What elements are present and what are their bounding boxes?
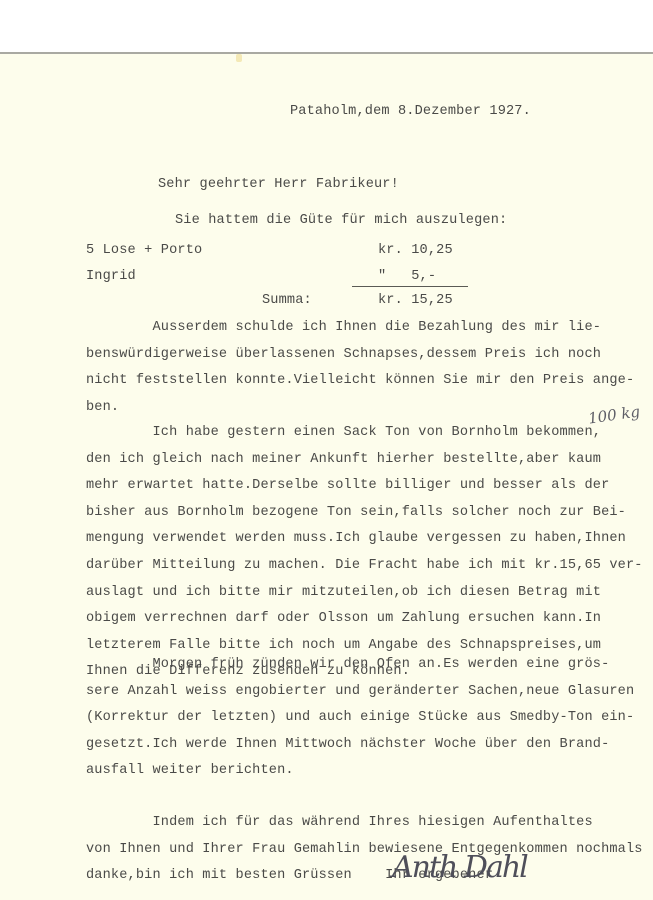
text-line: Morgen früh zünden wir den Ofen an.Es we… [86, 657, 609, 673]
ledger-label: 5 Lose + Porto [86, 243, 202, 259]
text-line: obigem verrechnen darf oder Olsson um Za… [86, 611, 601, 627]
signature: Anth Dahl [392, 850, 527, 885]
text-line: von Ihnen und Ihrer Frau Gemahlin bewies… [86, 842, 643, 858]
text-line: letzterem Falle bitte ich noch um Angabe… [86, 638, 601, 654]
salutation: Sehr geehrter Herr Fabrikeur! [158, 177, 399, 193]
intro-line: Sie hattem die Güte für mich auszulegen: [175, 213, 507, 229]
ledger-amount: " 5,- [378, 269, 436, 285]
total-label: Summa: [262, 293, 312, 309]
text-line: darüber Mitteilung zu machen. Die Fracht… [86, 558, 643, 574]
ledger-label: Ingrid [86, 269, 136, 285]
text-line: nicht feststellen konnte.Vielleicht könn… [86, 373, 634, 389]
text-line: sere Anzahl weiss engobierter und geränd… [86, 684, 634, 700]
text-line: gesetzt.Ich werde Ihnen Mittwoch nächste… [86, 737, 609, 753]
text-line: Indem ich für das während Ihres hiesigen… [86, 815, 593, 831]
ledger-amount: kr. 10,25 [378, 243, 453, 259]
text-line: den ich gleich nach meiner Ankunft hierh… [86, 452, 601, 468]
text-line: bisher aus Bornholm bezogene Ton sein,fa… [86, 505, 626, 521]
text-line: ben. [86, 400, 119, 416]
text-line: (Korrektur der letzten) und auch einige … [86, 710, 634, 726]
text-line: mengung verwendet werden muss.Ich glaube… [86, 531, 626, 547]
paper-mark [236, 54, 242, 62]
text-line: mehr erwartet hatte.Derselbe sollte bill… [86, 478, 609, 494]
text-line: Ausserdem schulde ich Ihnen die Bezahlun… [86, 320, 601, 336]
text-line: benswürdigerweise überlassenen Schnapses… [86, 347, 601, 363]
text-line: auslagt und ich bitte mir mitzuteilen,ob… [86, 585, 601, 601]
text-line: ausfall weiter berichten. [86, 763, 294, 779]
total-amount: kr. 15,25 [378, 293, 453, 309]
text-line: Ich habe gestern einen Sack Ton von Born… [86, 425, 601, 441]
place-date: Pataholm,dem 8.Dezember 1927. [290, 104, 531, 120]
sum-rule [352, 286, 468, 287]
